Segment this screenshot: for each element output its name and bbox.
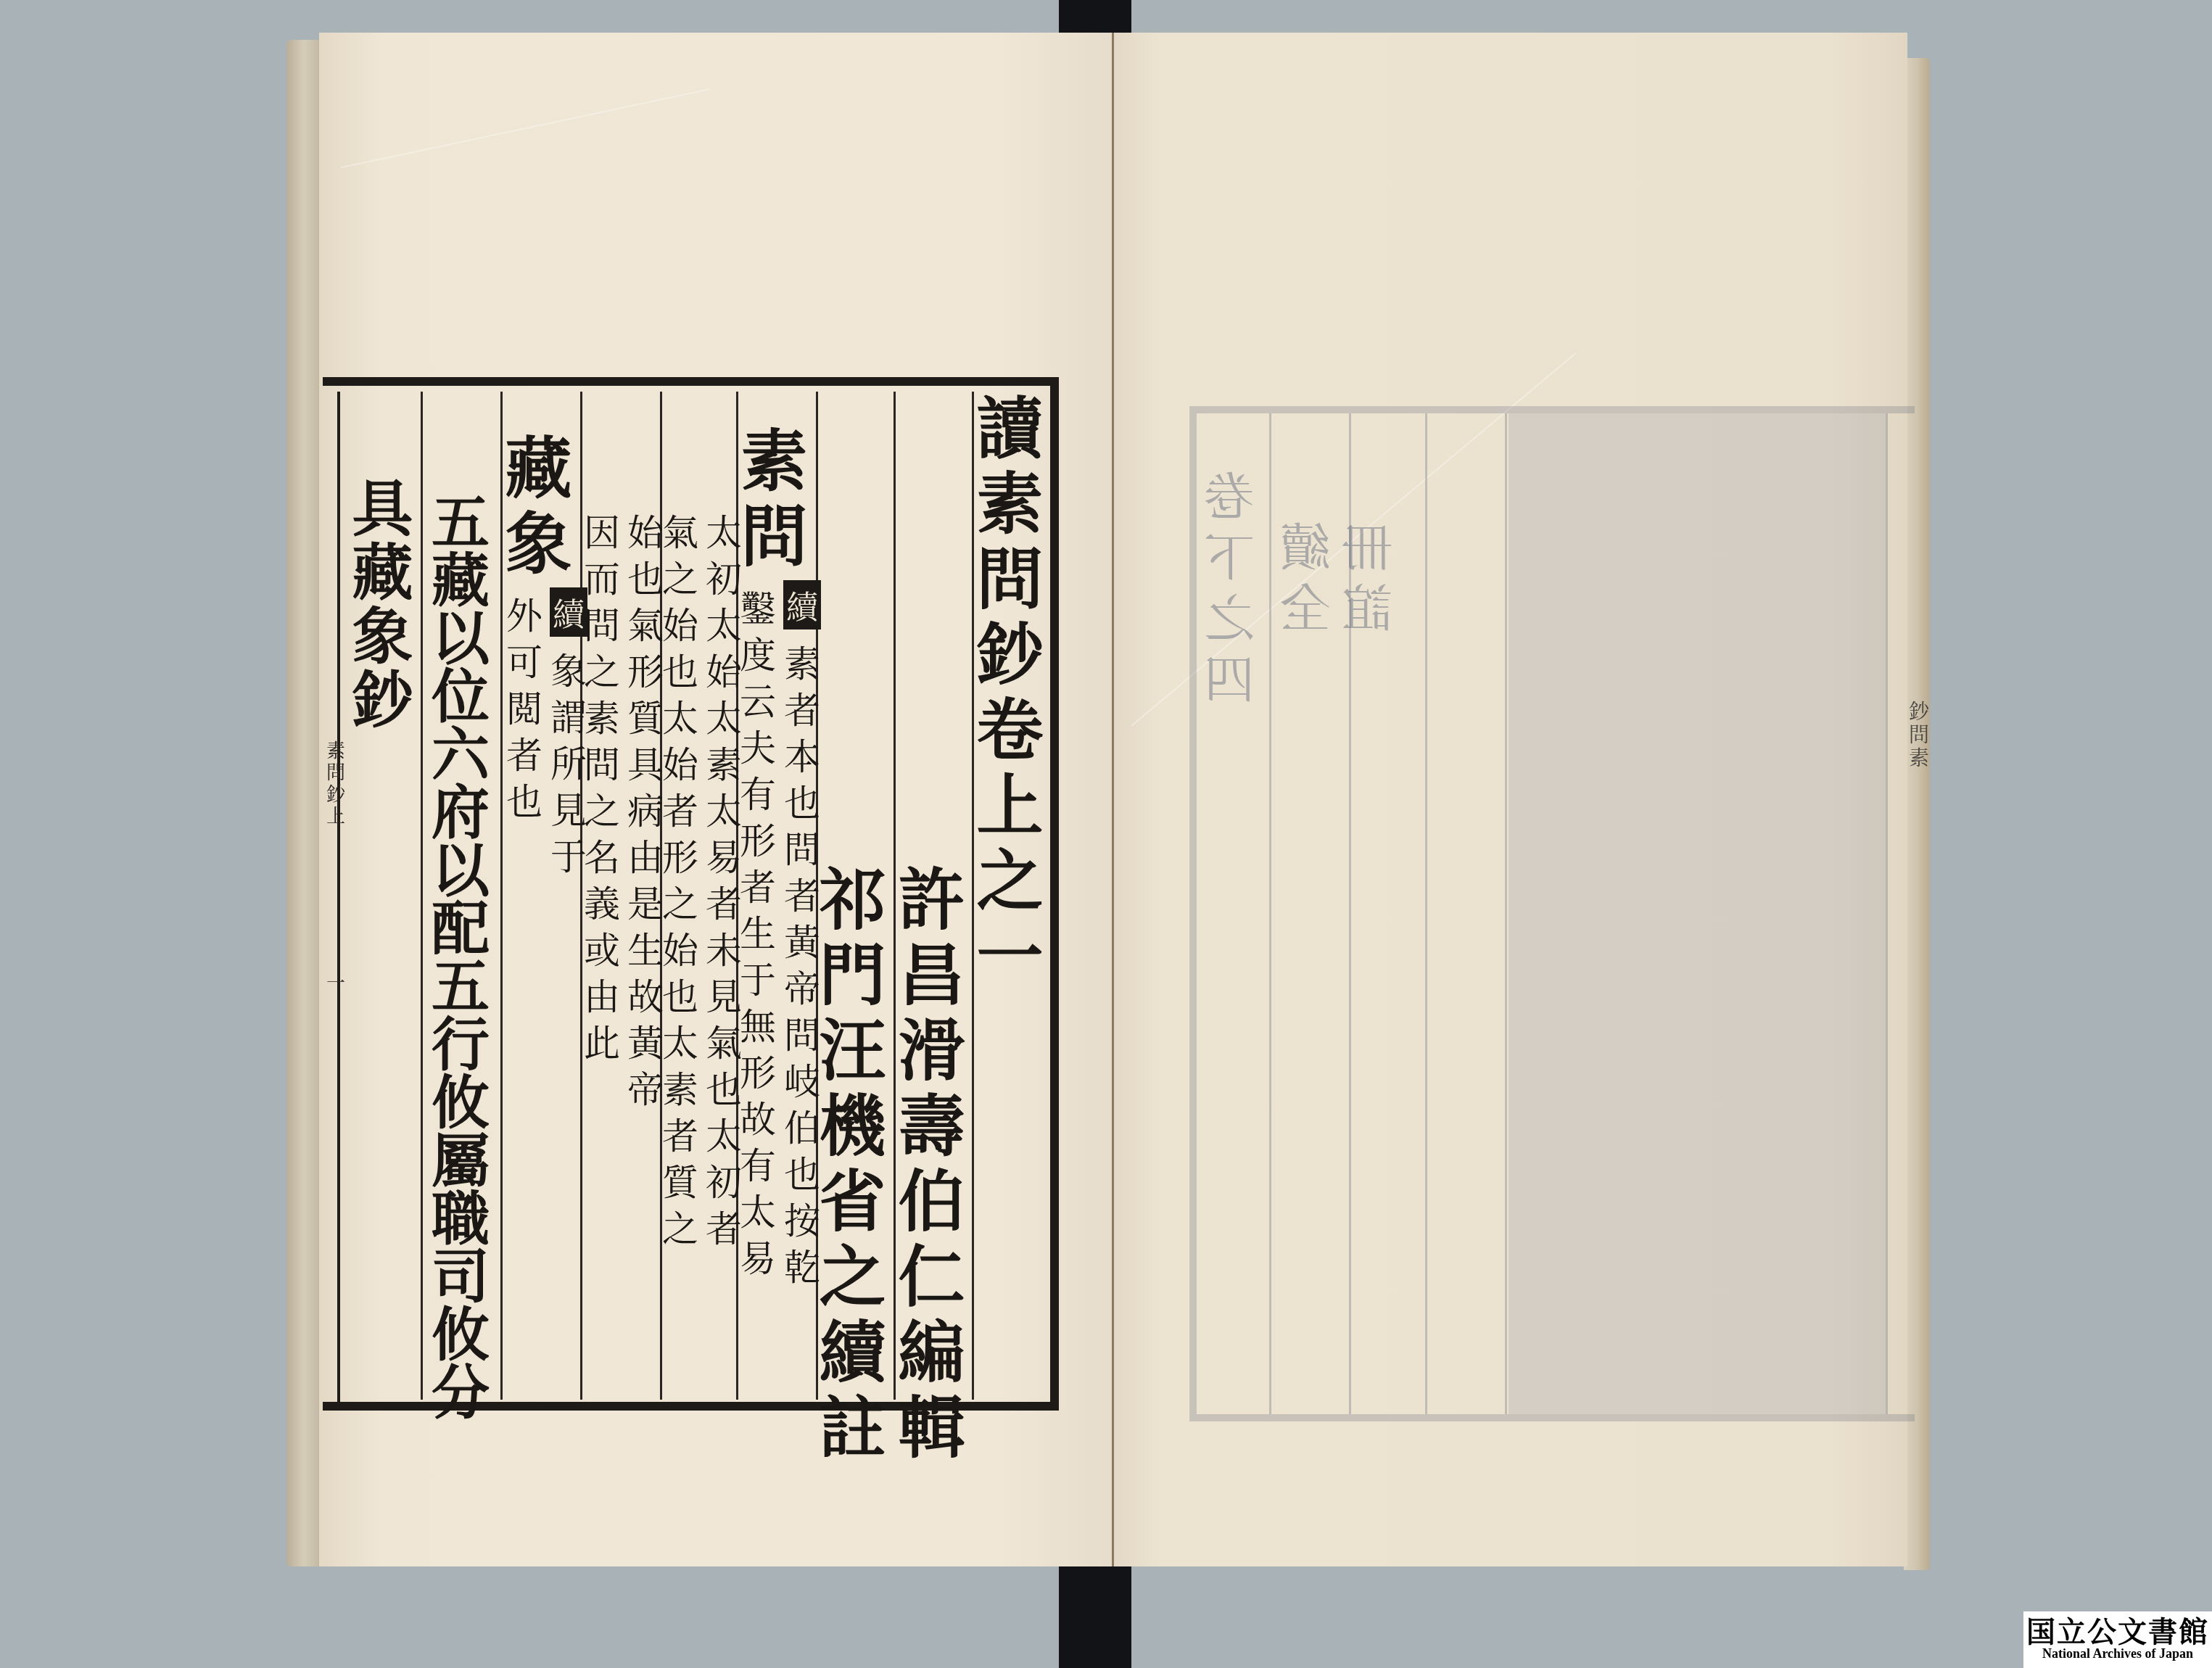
heading-char: 藏: [505, 435, 572, 511]
note-char: 或: [584, 922, 620, 968]
note-char: 也: [784, 1146, 820, 1192]
annotator-char: 續: [819, 1319, 886, 1395]
xu-marker: 續: [783, 580, 821, 629]
note-char: 者: [784, 682, 820, 728]
note-char: 外: [506, 587, 542, 634]
title-char: 讀: [976, 395, 1043, 471]
note-char: 所: [550, 735, 587, 782]
note-char: 者: [740, 859, 776, 905]
note-char: 度: [740, 627, 776, 673]
column-rule: [972, 392, 974, 1400]
logo-english: National Archives of Japan: [2042, 1647, 2193, 1661]
note-char: 見: [706, 968, 742, 1015]
compiler-char: 編: [898, 1319, 965, 1395]
title-column: 讀 素 問 鈔 卷 上 之 一: [975, 395, 1044, 999]
note-char: 太: [740, 1184, 776, 1230]
note-char: 素: [784, 635, 820, 682]
note-char: 伯: [784, 1099, 820, 1146]
note-char: 之: [662, 1200, 698, 1247]
note-char: 太: [706, 1107, 742, 1154]
chapter-char: 具: [352, 479, 413, 542]
main-char: 五: [432, 957, 490, 1015]
compiler-char: 輯: [898, 1395, 965, 1470]
note-char: 問: [584, 597, 620, 643]
chapter-column: 具 藏 象 鈔: [348, 479, 417, 734]
note-char: 象: [550, 643, 587, 689]
main-char: 以: [432, 609, 490, 667]
note-subcolumn-left: 外 可 閲 者 也: [506, 587, 542, 875]
column-rule: [421, 392, 423, 1400]
note-char: 也: [506, 773, 542, 819]
note-char: 未: [706, 922, 742, 968]
note-subcolumn-right: 太 初 太 始 太 素 太 易 者 未 見 氣 也 太 初 者: [706, 504, 742, 1247]
main-char: 藏: [432, 551, 490, 609]
note-char: 帝: [784, 960, 820, 1007]
ghost-char: 誼: [1342, 569, 1392, 629]
zangxiang-heading: 藏 象: [508, 435, 569, 586]
note-char: 乾: [784, 1239, 820, 1285]
note-char: 故: [740, 1091, 776, 1137]
note-char: 形: [627, 643, 664, 690]
annotator-char: 機: [819, 1093, 886, 1168]
margin-char: 上: [326, 801, 345, 823]
note-char: 因: [584, 504, 620, 550]
note-char: 岐: [784, 1053, 820, 1099]
main-char: 分: [432, 1363, 490, 1421]
note-char: 此: [584, 1015, 620, 1061]
ghost-char: 全: [1280, 569, 1331, 629]
main-char: 六: [432, 725, 490, 783]
note-char: 太: [706, 597, 742, 643]
annotator-char: 省: [819, 1168, 886, 1244]
note-char: 黃: [784, 914, 820, 960]
note-char: 者: [662, 783, 698, 829]
note-subcolumn-right: 續 象 謂 所 見 于: [550, 587, 587, 875]
note-subcolumn-left: 鑿 度 云 夫 有 形 者 生 于 無 形 故 有 太 易: [740, 580, 776, 1285]
note-char: 名: [584, 829, 620, 875]
note-char: 有: [740, 1137, 776, 1184]
zangxiang-notes: 續 象 謂 所 見 于 外 可 閲 者 也: [506, 587, 587, 875]
annotator-char: 之: [819, 1244, 886, 1319]
annotator-char: 門: [819, 942, 886, 1017]
main-char: 攸: [432, 1073, 490, 1131]
note-char: 者: [506, 727, 542, 773]
heading-char: 素: [741, 428, 808, 503]
note-char: 者: [706, 875, 742, 922]
note-subcolumn-right: 始 也 氣 形 質 具 病 由 是 生 故 黃 帝: [627, 504, 664, 1107]
fold-margin-label: 素 問 鈔 上 一: [325, 736, 347, 990]
archive-logo: 国立公文書館 National Archives of Japan: [2023, 1611, 2212, 1668]
note-subcolumn-left: 氣 之 始 也 太 始 者 形 之 始 也 太 素 者 質 之: [662, 504, 698, 1247]
note-char: 也: [662, 643, 698, 690]
ghost-char: 四: [1204, 640, 1255, 701]
note-char: 鑿: [740, 580, 776, 627]
compiler-char: 昌: [898, 942, 965, 1017]
note-char: 是: [627, 875, 664, 922]
heading-char: 象: [505, 511, 572, 586]
note-subcolumn-left: 因 而 問 之 素 問 之 名 義 或 由 此: [584, 504, 620, 1107]
note-char: 問: [784, 1007, 820, 1053]
show-through-block: [1509, 413, 1886, 1414]
note-char: 問: [784, 821, 820, 867]
note-char: 之: [662, 550, 698, 597]
main-char: 位: [432, 667, 490, 725]
title-char: 一: [976, 923, 1043, 999]
heading-char: 問: [741, 503, 808, 579]
chapter-char: 藏: [352, 542, 413, 606]
main-char: 配: [432, 899, 490, 957]
compiler-char: 滑: [898, 1017, 965, 1093]
note-char: 生: [740, 905, 776, 951]
margin-char: 問: [1909, 719, 1929, 743]
note-char: 質: [662, 1154, 698, 1200]
note-char: 而: [584, 550, 620, 597]
note-char: 見: [550, 782, 587, 828]
title-char: 問: [976, 546, 1043, 622]
main-char: 司: [432, 1247, 490, 1305]
show-through-rule: [1269, 413, 1271, 1414]
compiler-char: 許: [898, 867, 965, 942]
note-char: 形: [662, 829, 698, 875]
compiler-char: 壽: [898, 1093, 965, 1168]
note-char: 始: [662, 922, 698, 968]
note-char: 由: [627, 829, 664, 875]
note-char: 易: [706, 829, 742, 875]
annotator-char: 汪: [819, 1017, 886, 1093]
note-char: 具: [627, 736, 664, 783]
note-char: 氣: [706, 1015, 742, 1061]
note-char: 始: [662, 736, 698, 783]
note-char: 始: [706, 643, 742, 690]
note-char: 也: [706, 1061, 742, 1107]
column-rule: [500, 392, 503, 1400]
chapter-char: 鈔: [352, 670, 413, 734]
note-char: 閲: [506, 680, 542, 727]
note-char: 太: [706, 504, 742, 550]
note-char: 形: [740, 812, 776, 859]
column-rule: [894, 392, 896, 1400]
note-char: 素: [662, 1061, 698, 1107]
annotator-column: 祁 門 汪 機 省 之 續 註: [818, 867, 887, 1470]
main-text-column: 五 藏 以 位 六 府 以 配 五 行 攸 屬 職 司 攸 分: [428, 493, 493, 1421]
compiler-char: 仁: [898, 1244, 965, 1319]
suwen-notes: 續 素 者 本 也 問 者 黃 帝 問 岐 伯 也 按 乾 鑿 度 云 夫 有 …: [740, 580, 821, 1285]
note-char: 之: [584, 783, 620, 829]
suwen-heading: 素 問: [743, 428, 805, 579]
note-char: 故: [627, 968, 664, 1015]
ghost-char: 下: [1204, 518, 1255, 579]
main-char: 行: [432, 1015, 490, 1073]
note-char: 帝: [627, 1061, 664, 1107]
main-char: 以: [432, 841, 490, 899]
main-char: 五: [432, 493, 490, 551]
main-char: 攸: [432, 1305, 490, 1363]
note-char: 也: [784, 775, 820, 821]
note-char: 問: [584, 736, 620, 783]
ghost-char: 卷: [1204, 457, 1255, 518]
note-char: 者: [706, 1200, 742, 1247]
note-char: 素: [584, 690, 620, 736]
commentary-column-1: 太 初 太 始 太 素 太 易 者 未 見 氣 也 太 初 者 氣 之 始 也 …: [662, 504, 742, 1247]
margin-char: 素: [1909, 743, 1929, 766]
note-char: 病: [627, 783, 664, 829]
margin-char: 鈔: [1909, 696, 1929, 719]
right-fold-margin-label: 鈔 問 素: [1909, 696, 1929, 766]
ghost-char: 冊: [1342, 508, 1392, 569]
note-char: 按: [784, 1192, 820, 1239]
title-char: 之: [976, 848, 1043, 923]
show-through-text: 卷 下 之 四: [1204, 457, 1255, 701]
note-subcolumn-right: 續 素 者 本 也 問 者 黃 帝 問 岐 伯 也 按 乾: [783, 580, 821, 1285]
main-char: 職: [432, 1189, 490, 1247]
note-char: 氣: [627, 597, 664, 643]
margin-page-number: 一: [326, 968, 345, 990]
show-through-text: 續 全: [1280, 508, 1331, 629]
logo-japanese: 国立公文書館: [2026, 1618, 2209, 1647]
note-char: 初: [706, 1154, 742, 1200]
title-char: 素: [976, 471, 1043, 546]
show-through-rule: [1886, 413, 1888, 1414]
note-char: 由: [584, 968, 620, 1015]
show-through-rule: [1425, 413, 1427, 1414]
note-char: 可: [506, 634, 542, 680]
commentary-column-2: 始 也 氣 形 質 具 病 由 是 生 故 黃 帝 因 而 問 之 素 問 之 …: [584, 504, 664, 1107]
note-char: 也: [627, 550, 664, 597]
note-char: 氣: [662, 504, 698, 550]
title-char: 上: [976, 772, 1043, 848]
note-char: 之: [662, 875, 698, 922]
note-char: 太: [662, 690, 698, 736]
main-char: 屬: [432, 1131, 490, 1189]
xu-marker: 續: [550, 587, 587, 637]
note-char: 者: [662, 1107, 698, 1154]
note-char: 于: [740, 951, 776, 998]
title-char: 鈔: [976, 622, 1043, 697]
title-char: 卷: [976, 697, 1043, 772]
note-char: 于: [550, 828, 587, 875]
note-char: 易: [740, 1230, 776, 1276]
note-char: 義: [584, 875, 620, 922]
annotator-char: 註: [819, 1395, 886, 1470]
ghost-char: 續: [1280, 508, 1331, 569]
margin-char: 素: [326, 736, 345, 758]
note-char: 也: [662, 968, 698, 1015]
note-char: 太: [662, 1015, 698, 1061]
note-char: 太: [706, 690, 742, 736]
note-char: 夫: [740, 719, 776, 766]
ghost-char: 之: [1204, 579, 1255, 640]
annotator-char: 祁: [819, 867, 886, 942]
note-char: 始: [662, 597, 698, 643]
note-char: 謂: [550, 689, 587, 735]
show-through-text: 冊 誼: [1342, 508, 1392, 629]
margin-char: 問: [326, 758, 345, 780]
main-char: 府: [432, 783, 490, 841]
note-char: 太: [706, 783, 742, 829]
note-char: 形: [740, 1044, 776, 1091]
note-char: 素: [706, 736, 742, 783]
note-char: 云: [740, 673, 776, 719]
note-char: 本: [784, 728, 820, 775]
margin-char: 鈔: [326, 780, 345, 801]
show-through-rule: [1505, 413, 1507, 1414]
note-char: 生: [627, 922, 664, 968]
note-char: 初: [706, 550, 742, 597]
compiler-column: 許 昌 滑 壽 伯 仁 編 輯: [897, 867, 966, 1470]
note-char: 有: [740, 766, 776, 812]
note-char: 質: [627, 690, 664, 736]
note-char: 始: [627, 504, 664, 550]
book-gutter: [1112, 33, 1114, 1566]
chapter-char: 象: [352, 606, 413, 670]
compiler-char: 伯: [898, 1168, 965, 1244]
note-char: 無: [740, 998, 776, 1044]
column-rule: [580, 392, 582, 1400]
note-char: 黃: [627, 1015, 664, 1061]
note-char: 之: [584, 643, 620, 690]
note-char: 者: [784, 867, 820, 914]
